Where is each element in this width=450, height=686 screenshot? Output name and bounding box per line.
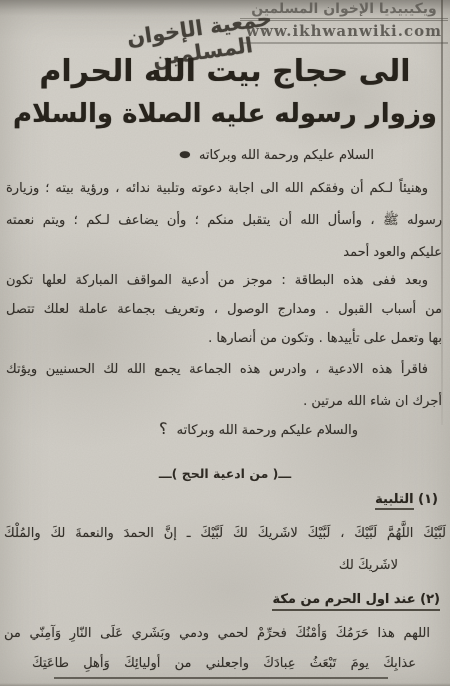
haram-prayer-line1: اللهم هذا حَرَمُكَ وَأمْنُكَ فحرِّمْ لحم… bbox=[4, 624, 444, 644]
section-1-title: التلبية bbox=[375, 492, 413, 510]
paragraph1-line3: عليكم والعود أحمد bbox=[6, 243, 442, 263]
greeting-end-mark: ● bbox=[179, 145, 191, 165]
talbiyah-line1: لَبَّيْكَ اللَّهُمَّ لَبَّيْكَ ، لَبَّيْ… bbox=[4, 524, 446, 544]
document-title-line1: الى حجاج بيت الله الحرام bbox=[0, 54, 450, 89]
talbiyah-line2: لاشَريكَ لك bbox=[339, 556, 398, 576]
section-1-heading: (١) التلبية bbox=[375, 492, 438, 507]
paragraph2-line1: وبعد ففى هذه البطاقة : موجز من أدعية الم… bbox=[6, 271, 442, 291]
paragraph1-line1: وهنيئاً لـكم أن وفقكم الله الى اجابة دعو… bbox=[6, 179, 442, 199]
paragraph1-line2: رسوله ﷺ ، وأسأل الله أن يتقبل منكم ؛ وأن… bbox=[6, 211, 442, 231]
document-title-line2: وزوار رسوله عليه الصلاة والسلام bbox=[0, 99, 450, 129]
greeting-line: السلام عليكم ورحمة الله وبركاته ● bbox=[181, 145, 374, 166]
closing-salutation: والسلام عليكم ورحمة الله وبركاته ؟ bbox=[159, 419, 358, 441]
section-divider-label: ـــ( من ادعية الحج )ـــ bbox=[0, 466, 450, 481]
paragraph3-line2: أجرك ان شاء الله مرتين . bbox=[6, 392, 442, 412]
paragraph2-line3: بها وتعمل على تأييدها . وتكون من أنصارها… bbox=[6, 329, 442, 349]
closing-flourish-mark: ؟ bbox=[159, 419, 168, 438]
section-2-title: عند اول الحرم من مكة bbox=[272, 592, 415, 607]
scanned-document-page: ويكيبيديا الإخوان المسلمين www.ikhwanwik… bbox=[0, 0, 450, 686]
section-2-heading: (٢) عند اول الحرم من مكة bbox=[272, 592, 440, 611]
greeting-text: السلام عليكم ورحمة الله وبركاته bbox=[199, 148, 374, 163]
paragraph3-line1: فاقرأ هذه الادعية ، وادرس هذه الجماعة يج… bbox=[6, 360, 442, 380]
paragraph2-line2: من أسباب القبول . ومدارج الوصول ، وتعريف… bbox=[6, 300, 442, 320]
haram-prayer-line2: عذابِكَ يومَ تَبْعَثُ عِبادَكَ واجعلني م… bbox=[32, 654, 416, 674]
section-2-number: (٢) bbox=[420, 592, 440, 607]
bottom-rule bbox=[54, 677, 388, 679]
closing-text: والسلام عليكم ورحمة الله وبركاته bbox=[177, 423, 358, 438]
section-1-number: (١) bbox=[418, 492, 438, 507]
